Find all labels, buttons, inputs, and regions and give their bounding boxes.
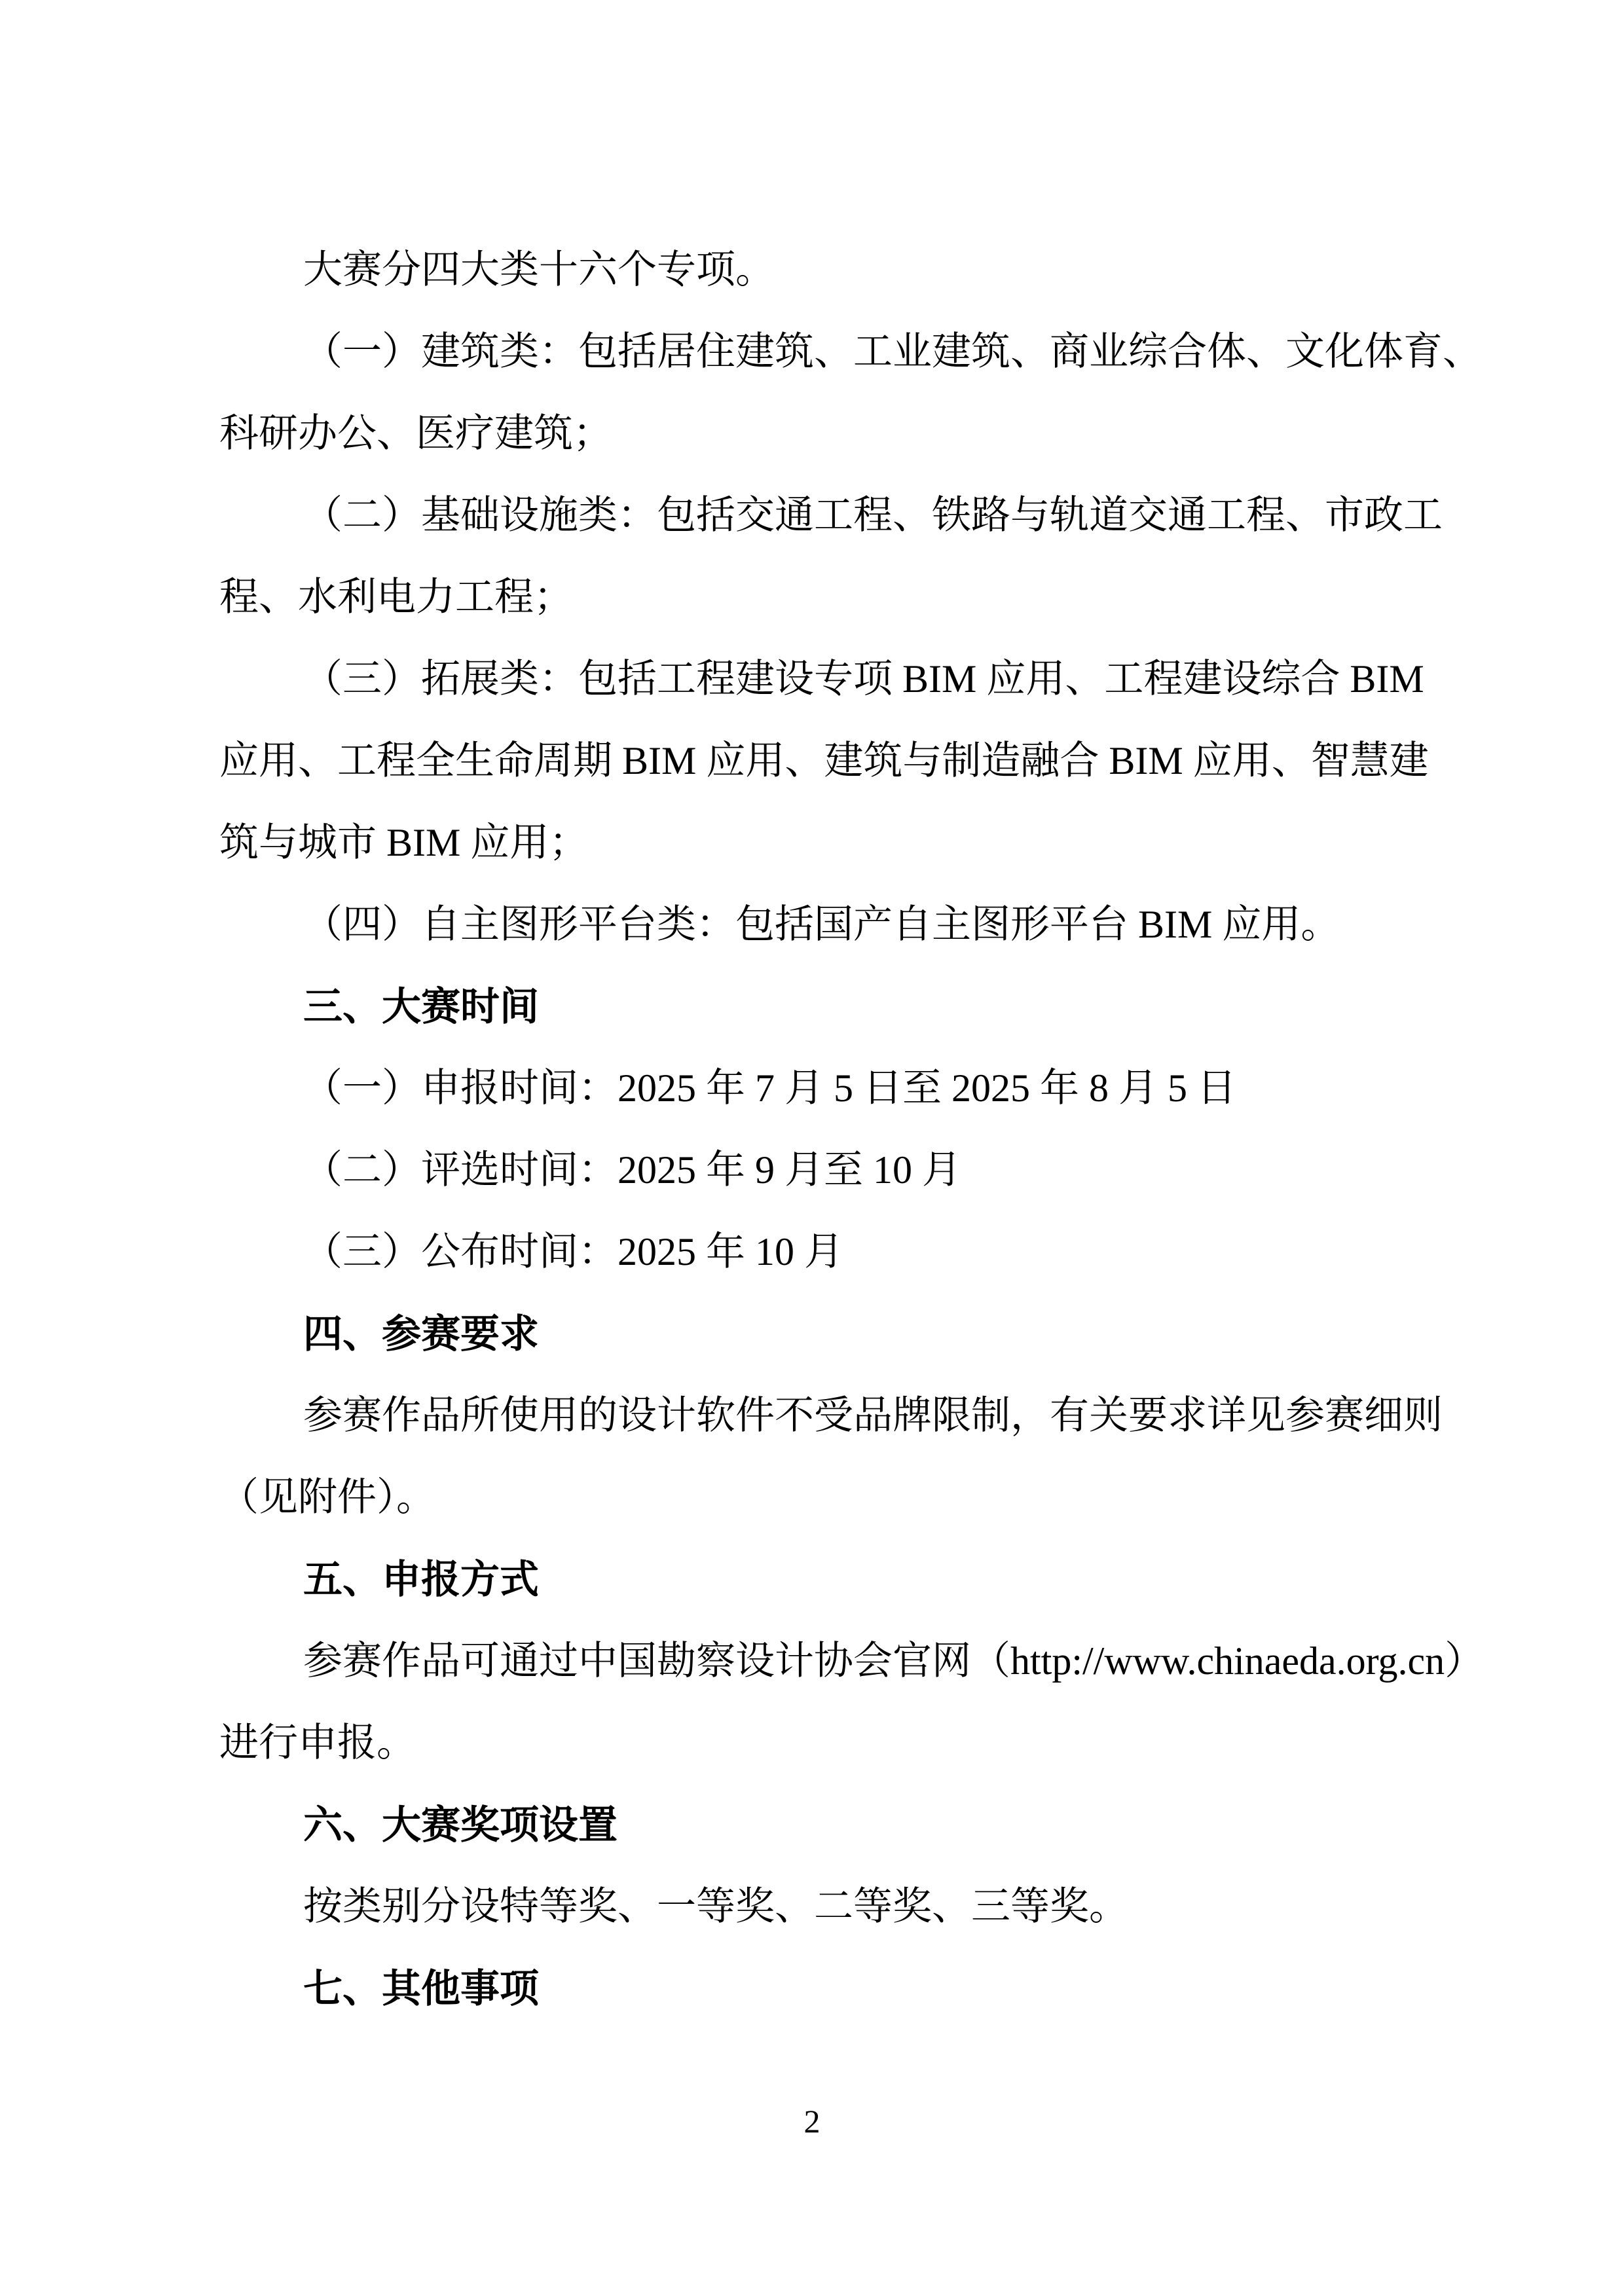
para-category-building-2: 科研办公、医疗建筑； <box>219 393 1414 475</box>
para-category-infrastructure-1: （二）基础设施类：包括交通工程、铁路与轨道交通工程、市政工 <box>219 475 1414 556</box>
para-time-selection: （二）评选时间：2025 年 9 月至 10 月 <box>219 1129 1414 1211</box>
para-requirements-2: （见附件）。 <box>219 1457 1414 1539</box>
heading-section-6-awards: 六、大赛奖项设置 <box>219 1784 1414 1866</box>
page-number: 2 <box>0 2098 1624 2144</box>
document-body: 大赛分四大类十六个专项。 （一）建筑类：包括居住建筑、工业建筑、商业综合体、文化… <box>219 229 1414 2030</box>
para-category-expansion-2: 应用、工程全生命周期 BIM 应用、建筑与制造融合 BIM 应用、智慧建 <box>219 720 1414 802</box>
heading-section-5-submission: 五、申报方式 <box>219 1539 1414 1620</box>
heading-section-4-requirements: 四、参赛要求 <box>219 1293 1414 1375</box>
para-submission-1: 参赛作品可通过中国勘察设计协会官网（http://www.chinaeda.or… <box>219 1620 1414 1702</box>
heading-section-7-other: 七、其他事项 <box>219 1948 1414 2030</box>
para-time-application: （一）申报时间：2025 年 7 月 5 日至 2025 年 8 月 5 日 <box>219 1048 1414 1129</box>
para-category-expansion-1: （三）拓展类：包括工程建设专项 BIM 应用、工程建设综合 BIM <box>219 638 1414 720</box>
document-page: 大赛分四大类十六个专项。 （一）建筑类：包括居住建筑、工业建筑、商业综合体、文化… <box>0 0 1624 2296</box>
para-category-domestic-platform: （四）自主图形平台类：包括国产自主图形平台 BIM 应用。 <box>219 884 1414 966</box>
para-categories-overview: 大赛分四大类十六个专项。 <box>219 229 1414 311</box>
para-time-announcement: （三）公布时间：2025 年 10 月 <box>219 1211 1414 1293</box>
para-category-building-1: （一）建筑类：包括居住建筑、工业建筑、商业综合体、文化体育、 <box>219 311 1414 393</box>
para-requirements-1: 参赛作品所使用的设计软件不受品牌限制，有关要求详见参赛细则 <box>219 1375 1414 1457</box>
para-category-infrastructure-2: 程、水利电力工程； <box>219 556 1414 638</box>
para-submission-2: 进行申报。 <box>219 1702 1414 1784</box>
heading-section-3-time: 三、大赛时间 <box>219 966 1414 1048</box>
para-category-expansion-3: 筑与城市 BIM 应用； <box>219 802 1414 884</box>
para-awards: 按类别分设特等奖、一等奖、二等奖、三等奖。 <box>219 1866 1414 1948</box>
